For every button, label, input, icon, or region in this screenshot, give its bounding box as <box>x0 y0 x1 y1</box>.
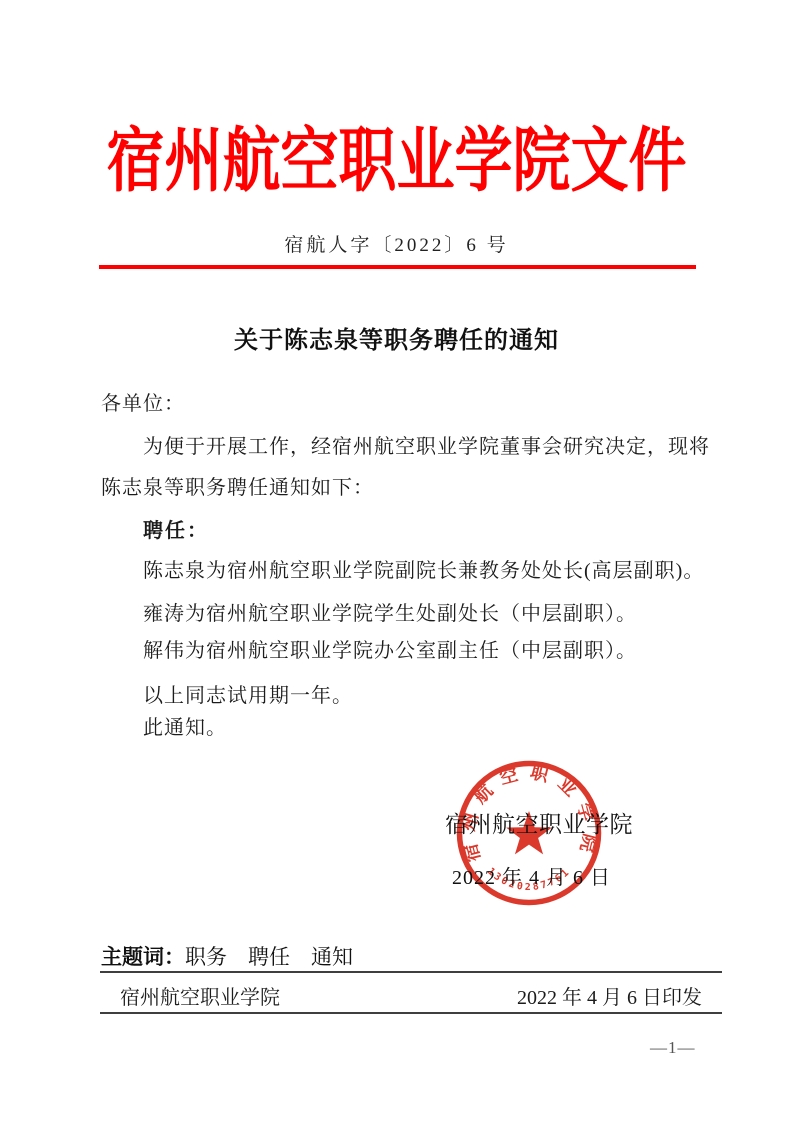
red-divider <box>99 265 696 269</box>
issuer-row: 宿州航空职业学院 2022 年 4 月 6 日印发 <box>100 981 722 1010</box>
footer-divider-bottom <box>100 1012 722 1014</box>
body-line-appointment: 解伟为宿州航空职业学院办公室副主任（中层副职）。 <box>143 634 637 663</box>
body-line-appointment: 陈志泉为宿州航空职业学院副院长兼教务处处长(高层副职)。 <box>143 554 704 583</box>
print-date: 2022 年 4 月 6 日印发 <box>517 981 702 1010</box>
body-line: 以上同志试用期一年。 <box>143 679 353 708</box>
body-line-closing: 此通知。 <box>143 711 227 740</box>
subject-keywords-line: 主题词：职务 聘任 通知 <box>101 941 353 971</box>
body-line-appointment: 雍涛为宿州航空职业学院学生处副处长（中层副职）。 <box>143 597 637 626</box>
page-number: —1— <box>650 1038 696 1058</box>
body-line: 为便于开展工作，经宿州航空职业学院董事会研究决定，现将 <box>143 430 710 459</box>
document-page: 宿州航空职业学院文件 宿航人字〔2022〕6 号 关于陈志泉等职务聘任的通知 各… <box>0 0 793 1122</box>
doc-number: 宿航人字〔2022〕6 号 <box>0 230 793 257</box>
body-line-salutation: 各单位： <box>101 387 185 416</box>
signature-org: 宿州航空职业学院 <box>445 806 633 839</box>
body-line-section-heading: 聘任： <box>143 514 209 543</box>
org-title-header: 宿州航空职业学院文件 <box>0 104 793 205</box>
footer-divider-top <box>100 971 722 973</box>
subject-terms: 职务 聘任 通知 <box>185 945 353 969</box>
signature-date: 2022 年 4 月 6 日 <box>452 861 611 890</box>
issuer-name: 宿州航空职业学院 <box>120 981 280 1010</box>
notice-title: 关于陈志泉等职务聘任的通知 <box>0 320 793 355</box>
body-line: 陈志泉等职务聘任通知如下： <box>101 471 374 500</box>
subject-label: 主题词： <box>101 946 185 969</box>
